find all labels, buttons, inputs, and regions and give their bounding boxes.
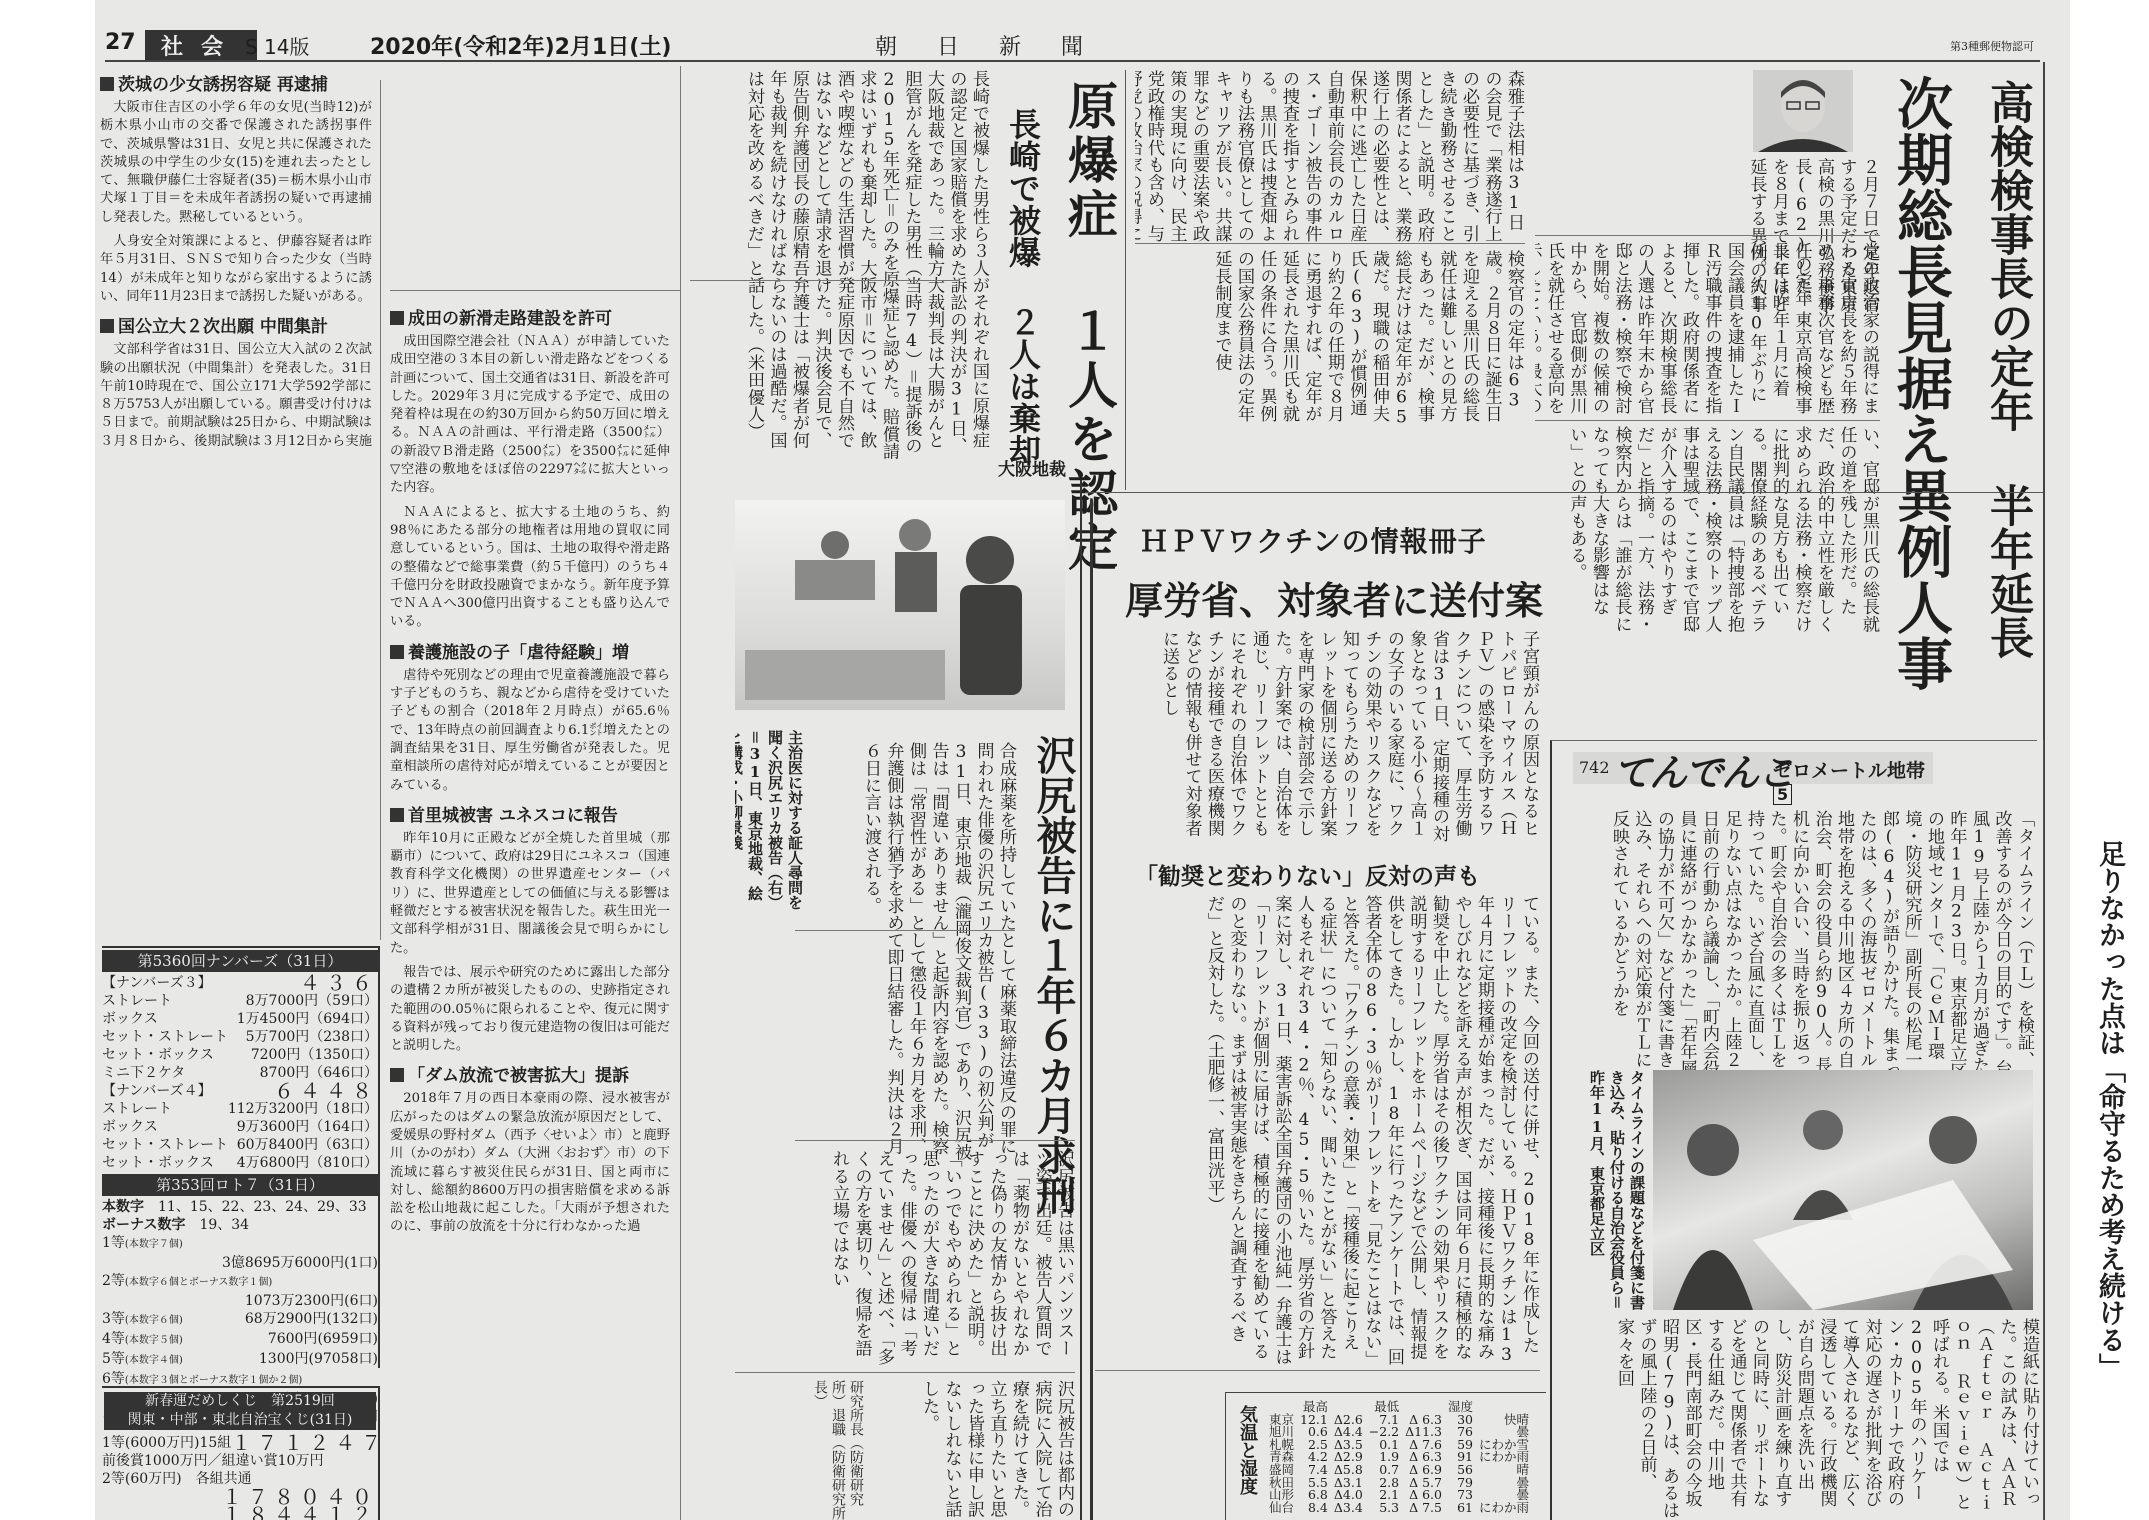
lottery-row: ボックス9万3600円（164口）	[102, 1118, 378, 1136]
brief-university-applications: 国公立大２次出願 中間集計 文部科学省は31日、国公立大入試の２次試験の出願状況…	[100, 312, 372, 446]
personnel-notice: 研究所長（防衛研究所）退職（防衛研究所長）	[795, 1380, 865, 1520]
tendenko-headline: 足りなかった点は「命守るため考え続ける」	[2090, 840, 2129, 1380]
lottery-row: セット・ボックス7200円（1350口）	[102, 1046, 378, 1064]
genbaku-subhead: 長崎で被爆 ２人は棄却	[1000, 108, 1046, 466]
genbaku-body: 長崎で被爆した男性ら３人がそれぞれ国に原爆症の認定と国家賠償を求めた訴訟の判決が…	[690, 70, 990, 465]
rule	[390, 290, 680, 291]
edition-label: S 14版	[245, 31, 310, 60]
numbers-title: 第5360回ナンバーズ（31日）	[102, 950, 378, 972]
loto7-tier: 4等(本数字５個)7600円(6959口)	[102, 1330, 378, 1350]
tendenko-banner: 742 てんでんこ ゼロメートル地帯 5	[1573, 752, 1933, 784]
column-divider	[680, 66, 681, 1520]
illustration-figures-icon	[735, 500, 1065, 710]
page-number: 27	[105, 30, 136, 55]
square-bullet-icon	[390, 1068, 404, 1082]
brief-paragraph: 成田国際空港会社（ＮＡＡ）が申請していた成田空港の３本目の新しい滑走路などをつく…	[390, 333, 670, 498]
masthead: 朝日新聞	[875, 30, 1123, 61]
briefs-column-2: 成田の新滑走路建設を許可 成田国際空港会社（ＮＡＡ）が申請していた成田空港の３本…	[390, 300, 670, 1520]
brief-paragraph: 大阪市住吉区の小学６年の女児(当時12)が栃木県小山市の交番で保護された誘拐事件…	[100, 99, 372, 227]
postal-notice: 第3種郵便物認可	[1950, 38, 2034, 54]
meeting-participants-icon	[1653, 1070, 2033, 1310]
kurokawa-body-left-1: 森雅子法相は31日の会見で「業務遂行上の必要性に基づき、引き続き勤務させることと…	[1135, 70, 1525, 242]
loto7-main-numbers: 11、15、22、23、24、29、33	[158, 1199, 367, 1215]
sawajiri-body-3: 沢尻被告は都内の病院に入院して治療を続けてきた。立ち直りたいと思った皆様に申し訳…	[875, 1380, 1075, 1520]
sawajiri-caption: 主治医に対する証人尋問を聞く沢尻エリカ被告（右）＝31日、東京地裁、絵と構成・小…	[735, 730, 805, 915]
hpv-body-2: ている。また、今回の送付に併せ、2018年に作成したリーフレットの改定を検討して…	[1100, 895, 1540, 1365]
brief-paragraph: 2018年７月の西日本豪雨の際、浸水被害が広がったのはダムの緊急放流が原因だとし…	[390, 1090, 670, 1236]
numbers4-winning: ６４４８	[274, 1082, 378, 1100]
lottery-row: ボックス1万4500円（694口）	[102, 1010, 378, 1028]
brief-paragraph: 人身安全対策課によると、伊藤容疑者は昨年５月31日、ＳＮＳで知り合った少女（当時…	[100, 233, 372, 306]
square-bullet-icon	[390, 808, 404, 822]
weather-title: 気温と湿度	[1234, 1405, 1260, 1495]
takarakuji-box: 新春運だめしくじ 第2519回 関東・中部・東北自治宝くじ(31日) 1等(60…	[102, 1386, 380, 1520]
weather-row: 盛岡7.4Δ5.80.7Δ 6.956晴	[1266, 1464, 1532, 1477]
briefs-column-1-cont	[100, 446, 372, 936]
brief-title: 成田の新滑走路建設を許可	[408, 309, 612, 329]
tendenko-photo-caption: タイムラインの課題などを付箋に書き込み、貼り付ける自治会役員ら＝昨年11月、東京…	[1575, 1070, 1647, 1310]
weather-row: 東京12.1Δ2.67.1Δ 6.330快晴	[1266, 1414, 1532, 1427]
section-tag: 社会	[145, 30, 257, 61]
sawajiri-body: 合成麻薬を所持していたとして麻薬取締法違反の罪に問われた俳優の沢尻エリカ被告(3…	[795, 742, 1017, 1167]
brief-shurijo: 首里城被害 ユネスコに報告 昨年10月に正殿などが全焼した首里城（那覇市）につい…	[390, 801, 670, 1056]
takara-row: １８４４１２	[102, 1506, 378, 1520]
brief-paragraph: 文部科学省は31日、国公立大入試の２次試験の出願状況（中間集計）を発表した。31…	[100, 341, 372, 446]
takara-row: 1等(6000万円)15組１７１２４７	[102, 1434, 378, 1452]
square-bullet-icon	[390, 645, 404, 659]
brief-paragraph: 昨年10月に正殿などが全焼した首里城（那覇市）について、政府は29日にユネスコ（…	[390, 830, 670, 958]
kurokawa-portrait	[1753, 70, 1853, 152]
loto7-title: 第353回ロト７（31日）	[102, 1174, 378, 1196]
brief-title: 養護施設の子「虐待経験」増	[408, 643, 629, 663]
kurokawa-headline-1: 高検検事長の定年 半年延長	[1975, 80, 2039, 659]
tendenko-body-2: 模造紙に貼り付けていった。この試みは、ＡＡＲ（Ａｆｔｅｒ Ａｃｔｉｏｎ Ｒｅｖｉ…	[1575, 1318, 2040, 1520]
tendenko-body: 「タイムライン（ＴＬ）を検証、改善するのが今日の目的です」。台風19号上陸から１…	[1575, 810, 2035, 1080]
courtroom-illustration	[735, 500, 1065, 710]
newspaper-page: 27 社会 S 14版 2020年(令和2年)2月1日(土) 朝日新聞 第3種郵…	[95, 0, 2070, 1520]
tendenko-photo	[1653, 1070, 2033, 1310]
square-bullet-icon	[390, 311, 404, 325]
takara-title-1: 新春運だめしくじ 第2519回	[104, 1392, 376, 1411]
takara-title-2: 関東・中部・東北自治宝くじ(31日)	[104, 1411, 376, 1430]
loto7-tier: 2等(本数字６個とボーナス数字１個)	[102, 1272, 378, 1292]
hpv-subhead: 「勧奨と変わりない」反対の声も	[1135, 858, 1480, 891]
lottery-row: セット・ボックス4万6800円（810口）	[102, 1154, 378, 1172]
weather-row: 仙台8.4Δ3.45.3Δ 7.561にわか雨	[1266, 1502, 1532, 1515]
lottery-box: 第5360回ナンバーズ（31日） 【ナンバーズ３】４３６ ストレート8万7000…	[102, 946, 380, 1368]
weather-box: 気温と湿度 最高最低湿度 東京12.1Δ2.67.1Δ 6.330快晴 旭川0.…	[1225, 1392, 1546, 1520]
kurokawa-body-mid: 党の政治家の説得にまわる官房長を約５年務め、事務次官なども歴任した。東京高検検事…	[1535, 242, 1880, 414]
briefs-column-1: 茨城の少女誘拐容疑 再逮捕 大阪市住吉区の小学６年の女児(当時12)が栃木県小山…	[100, 66, 372, 446]
kurokawa-headline-2: 次期総長見据え異例人事	[1881, 75, 1961, 691]
brief-ibaraki: 茨城の少女誘拐容疑 再逮捕 大阪市住吉区の小学６年の女児(当時12)が栃木県小山…	[100, 70, 372, 306]
brief-title: 茨城の少女誘拐容疑 再逮捕	[118, 75, 328, 95]
lottery-row: セット・ストレート60万8400円（63口）	[102, 1136, 378, 1154]
genbaku-dateline: 大阪地裁	[998, 455, 1066, 480]
kurokawa-body-left-2: 検察官の定年は63歳。２月８日に誕生日を迎える黒川氏の総長就任は難しいとの見方も…	[1135, 250, 1525, 430]
loto7-tier: 5等(本数字４個)1300円(97058口)	[102, 1350, 378, 1370]
sawajiri-headline: 沢尻被告に１年６カ月求刑	[1025, 735, 1082, 1215]
square-bullet-icon	[100, 77, 114, 91]
portrait-person-icon	[1753, 70, 1853, 152]
tendenko-number: 742	[1579, 758, 1610, 777]
lottery-row: ストレート8万7000円（59口）	[102, 992, 378, 1010]
column-divider	[380, 80, 381, 940]
loto7-tier: 3等(本数字６個)68万2900円(132口)	[102, 1310, 378, 1330]
tendenko-logo: てんでんこ	[1613, 742, 1793, 797]
loto7-bonus-numbers: 19、34	[199, 1217, 249, 1233]
header-rule	[105, 60, 2040, 62]
brief-paragraph: ＮＡＡによると、拡大する土地のうち、約98％にあたる部分の地権者は用地の買収に同…	[390, 504, 670, 632]
numbers3-winning: ４３６	[300, 974, 378, 992]
hpv-kicker: ＨＰＶワクチンの情報冊子	[1140, 520, 1487, 560]
tendenko-series: ゼロメートル地帯 5	[1773, 756, 1933, 805]
weather-row: 青森4.2Δ2.91.9Δ 6.391にわか雨	[1266, 1451, 1532, 1464]
square-bullet-icon	[100, 319, 114, 333]
brief-dam-lawsuit: 「ダム放流で被害拡大」提訴 2018年７月の西日本豪雨の際、浸水被害が広がったの…	[390, 1061, 670, 1236]
page-header: 27 社会 S 14版 2020年(令和2年)2月1日(土) 朝日新聞 第3種郵…	[105, 30, 2045, 56]
brief-child-abuse: 養護施設の子「虐待経験」増 虐待や死別などの理由で児童養護施設で暮らす子どものう…	[390, 638, 670, 795]
kurokawa-body-bottom: い、官邸が黒川氏の総長就任の道を残した形だ。ただ、政治的中立性を厳しく求められる…	[1535, 426, 1880, 636]
episode-badge: 5	[1773, 784, 1792, 805]
brief-title: 「ダム放流で被害拡大」提訴	[408, 1066, 629, 1086]
issue-date: 2020年(令和2年)2月1日(土)	[370, 30, 671, 61]
lottery-row: ストレート112万3200円（18口）	[102, 1100, 378, 1118]
weather-row: 秋田5.5Δ3.12.8Δ 5.779曇	[1266, 1477, 1532, 1490]
hpv-body: 子宮頸がんの原因となるヒトパピローマウイルス（ＨＰＶ）の感染を予防するワクチンに…	[1115, 630, 1540, 850]
brief-title: 国公立大２次出願 中間集計	[118, 317, 328, 337]
weather-table: 最高最低湿度 東京12.1Δ2.67.1Δ 6.330快晴 旭川0.6Δ4.4−…	[1266, 1401, 1532, 1514]
brief-narita: 成田の新滑走路建設を許可 成田国際空港会社（ＮＡＡ）が申請していた成田空港の３本…	[390, 304, 670, 632]
brief-paragraph: 虐待や死別などの理由で児童養護施設で暮らす子どものうち、親などから虐待を受けてい…	[390, 667, 670, 795]
brief-paragraph: 報告では、展示や研究のために露出した部分の遺構２カ所が被災したものの、史跡指定さ…	[390, 964, 670, 1055]
sawajiri-body-2: 沢尻被告は黒いパンツスーツ姿で出廷。被告人質問では「薬物がないとやれなかった偽り…	[795, 1150, 1075, 1365]
brief-title: 首里城被害 ユネスコに報告	[408, 806, 618, 826]
lottery-row: セット・ストレート5万700円（238口）	[102, 1028, 378, 1046]
hpv-headline: 厚労省、対象者に送付案	[1125, 570, 1543, 625]
loto7-tier: 1等(本数字７個)	[102, 1234, 378, 1254]
